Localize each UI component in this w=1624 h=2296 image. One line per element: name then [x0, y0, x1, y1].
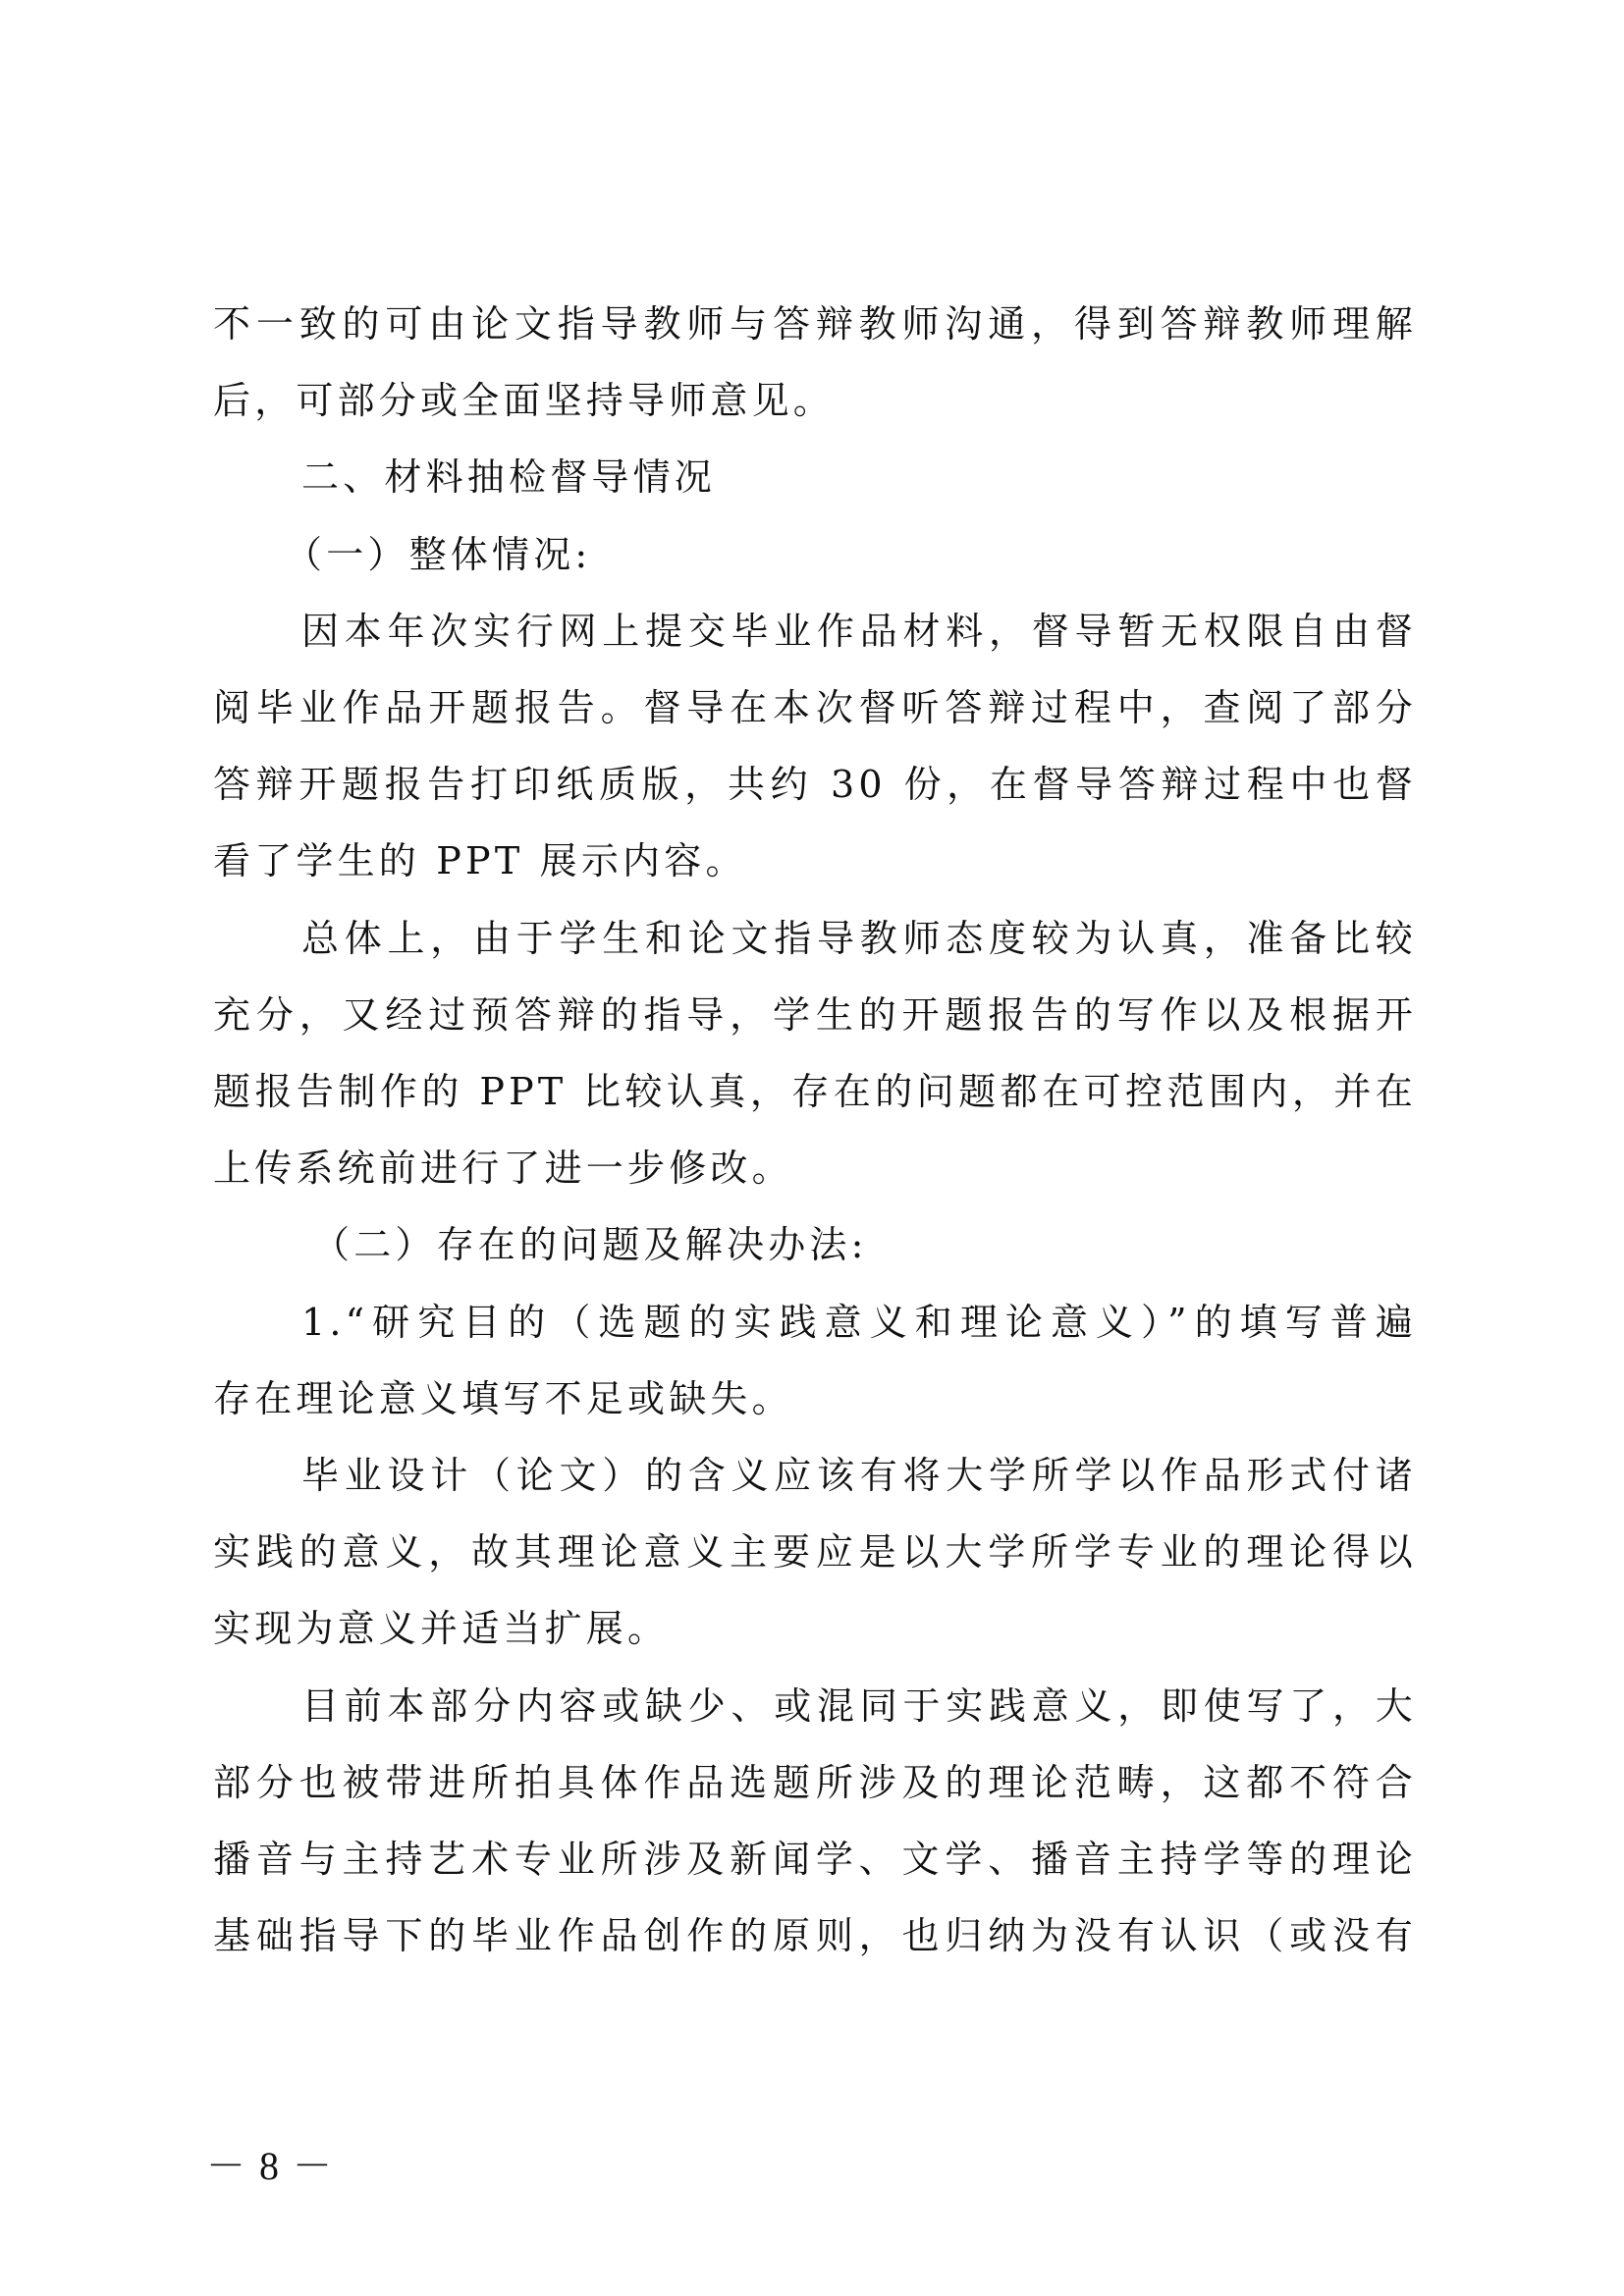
section-heading: 二、材料抽检督导情况 — [301, 439, 716, 515]
text-line: 实现为意义并适当扩展。 — [213, 1590, 669, 1667]
document-page: 不一致的可由论文指导教师与答辩教师沟通，得到答辩教师理解 后，可部分或全面坚持导… — [0, 0, 1624, 2296]
page-number: － 8 － — [206, 2135, 334, 2191]
text-line: 部分也被带进所拍具体作品选题所涉及的理论范畴，这都不符合 — [213, 1744, 1417, 1821]
text-line: 播音与主持艺术专业所涉及新闻学、文学、播音主持学等的理论 — [213, 1821, 1417, 1897]
list-item-heading: 1.“研究目的（选题的实践意义和理论意义）”的填写普遍 — [301, 1284, 1417, 1361]
text-line: 答辩开题报告打印纸质版，共约 30 份，在督导答辩过程中也督 — [213, 746, 1417, 823]
text-line: 基础指导下的毕业作品创作的原则，也归纳为没有认识（或没有 — [213, 1897, 1417, 1974]
text-line: 阅毕业作品开题报告。督导在本次督听答辩过程中，查阅了部分 — [213, 669, 1417, 746]
text-line: 题报告制作的 PPT 比较认真，存在的问题都在可控范围内，并在 — [213, 1053, 1417, 1130]
text-line: 毕业设计（论文）的含义应该有将大学所学以作品形式付诸 — [301, 1437, 1417, 1514]
text-line: 实践的意义，故其理论意义主要应是以大学所学专业的理论得以 — [213, 1514, 1417, 1590]
text-line: 上传系统前进行了进一步修改。 — [213, 1130, 793, 1206]
subsection-heading: （二）存在的问题及解决办法: — [312, 1206, 868, 1283]
text-line: 目前本部分内容或缺少、或混同于实践意义，即使写了，大 — [301, 1668, 1417, 1744]
text-line: 充分，又经过预答辩的指导，学生的开题报告的写作以及根据开 — [213, 977, 1417, 1053]
text-line: 看了学生的 PPT 展示内容。 — [213, 823, 747, 899]
text-line: 总体上，由于学生和论文指导教师态度较为认真，准备比较 — [301, 900, 1417, 977]
text-line: 不一致的可由论文指导教师与答辩教师沟通，得到答辩教师理解 — [213, 286, 1417, 362]
text-line: 因本年次实行网上提交毕业作品材料，督导暂无权限自由督 — [301, 593, 1417, 669]
text-line: 存在理论意义填写不足或缺失。 — [213, 1361, 793, 1437]
subsection-heading: （一）整体情况: — [285, 516, 591, 593]
text-line: 后，可部分或全面坚持导师意见。 — [213, 362, 835, 439]
